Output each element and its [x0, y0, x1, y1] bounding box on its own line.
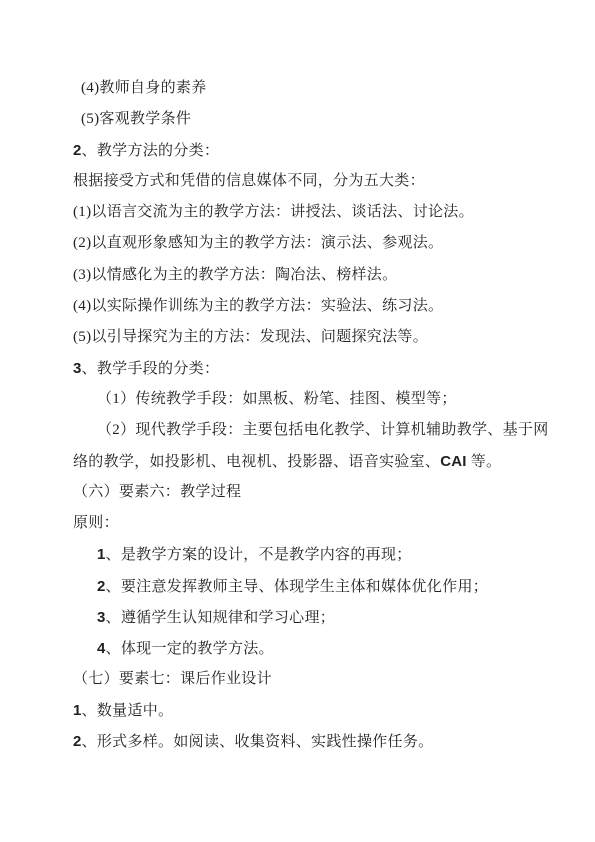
text-line: (4)教师自身的素养 [73, 73, 525, 104]
text-line: 4、体现一定的教学方法。 [73, 633, 525, 664]
text-line: 原则： [73, 508, 525, 539]
bold-text-segment: 2 [97, 578, 106, 595]
text-line: 根据接受方式和凭借的信息媒体不同，分为五大类： [73, 166, 525, 197]
bold-text-segment: 2 [73, 142, 82, 159]
text-line: 1、数量适中。 [73, 695, 525, 726]
text-line: （六）要素六：教学过程 [73, 477, 525, 508]
text-segment: (2)以直观形象感知为主的教学方法：演示法、参观法。 [73, 235, 443, 251]
text-line: (5)客观教学条件 [73, 104, 525, 135]
bold-text-segment: 1 [73, 702, 82, 719]
text-line: 1、是教学方案的设计，不是教学内容的再现； [73, 539, 525, 570]
text-segment: 、教学手段的分类： [82, 361, 220, 377]
text-segment: 、形式多样。如阅读、收集资料、实践性操作任务。 [82, 734, 434, 750]
text-segment: (4)以实际操作训练为主的教学方法：实验法、练习法。 [73, 298, 443, 314]
text-line: （七）要素七：课后作业设计 [73, 664, 525, 695]
text-line: 络的教学，如投影机、电视机、投影器、语音实验室、CAI 等。 [73, 446, 525, 477]
text-segment: (3)以情感化为主的教学方法：陶冶法、榜样法。 [73, 267, 397, 283]
text-segment: 等。 [467, 454, 502, 470]
text-line: (5)以引导探究为主的方法：发现法、问题探究法等。 [73, 322, 525, 353]
text-segment: 根据接受方式和凭借的信息媒体不同，分为五大类： [73, 173, 425, 189]
bold-text-segment: 4 [97, 640, 106, 657]
text-line: (2)以直观形象感知为主的教学方法：演示法、参观法。 [73, 228, 525, 259]
bold-text-segment: 3 [97, 609, 106, 626]
text-segment: 、数量适中。 [82, 703, 174, 719]
text-segment: 、遵循学生认知规律和学习心理； [106, 610, 336, 626]
text-line: 3、遵循学生认知规律和学习心理； [73, 602, 525, 633]
text-segment: 、体现一定的教学方法。 [106, 641, 274, 657]
text-segment: 原则： [73, 515, 119, 531]
bold-text-segment: 3 [73, 360, 82, 377]
text-line: (4)以实际操作训练为主的教学方法：实验法、练习法。 [73, 291, 525, 322]
document-body: (4)教师自身的素养(5)客观教学条件2、教学方法的分类：根据接受方式和凭借的信… [73, 73, 525, 757]
text-segment: 、要注意发挥教师主导、体现学生主体和媒体优化作用； [106, 579, 489, 595]
text-segment: （六）要素六：教学过程 [73, 484, 241, 500]
document-page: (4)教师自身的素养(5)客观教学条件2、教学方法的分类：根据接受方式和凭借的信… [0, 0, 595, 842]
text-segment: （2）现代教学手段：主要包括电化教学、计算机辅助教学、基于网 [97, 422, 549, 438]
text-segment: 、是教学方案的设计，不是教学内容的再现； [106, 547, 412, 563]
bold-text-segment: 1 [97, 546, 106, 563]
text-segment: (1)以语言交流为主的教学方法：讲授法、谈话法、讨论法。 [73, 204, 474, 220]
bold-text-segment: 2 [73, 733, 82, 750]
text-line: （1）传统教学手段：如黑板、粉笔、挂图、模型等； [73, 384, 525, 415]
text-segment: （1）传统教学手段：如黑板、粉笔、挂图、模型等； [97, 391, 457, 407]
text-line: 2、要注意发挥教师主导、体现学生主体和媒体优化作用； [73, 571, 525, 602]
text-segment: 络的教学，如投影机、电视机、投影器、语音实验室、 [73, 454, 440, 470]
text-line: 2、形式多样。如阅读、收集资料、实践性操作任务。 [73, 726, 525, 757]
text-segment: （七）要素七：课后作业设计 [73, 671, 272, 687]
text-line: 2、教学方法的分类： [73, 135, 525, 166]
text-line: (1)以语言交流为主的教学方法：讲授法、谈话法、讨论法。 [73, 197, 525, 228]
text-segment: (4)教师自身的素养 [81, 80, 207, 96]
text-line: (3)以情感化为主的教学方法：陶冶法、榜样法。 [73, 260, 525, 291]
text-segment: 、教学方法的分类： [82, 143, 220, 159]
text-segment: (5)客观教学条件 [81, 111, 191, 127]
bold-text-segment: CAI [440, 453, 466, 470]
text-line: 3、教学手段的分类： [73, 353, 525, 384]
text-segment: (5)以引导探究为主的方法：发现法、问题探究法等。 [73, 329, 428, 345]
text-line: （2）现代教学手段：主要包括电化教学、计算机辅助教学、基于网 [73, 415, 525, 446]
